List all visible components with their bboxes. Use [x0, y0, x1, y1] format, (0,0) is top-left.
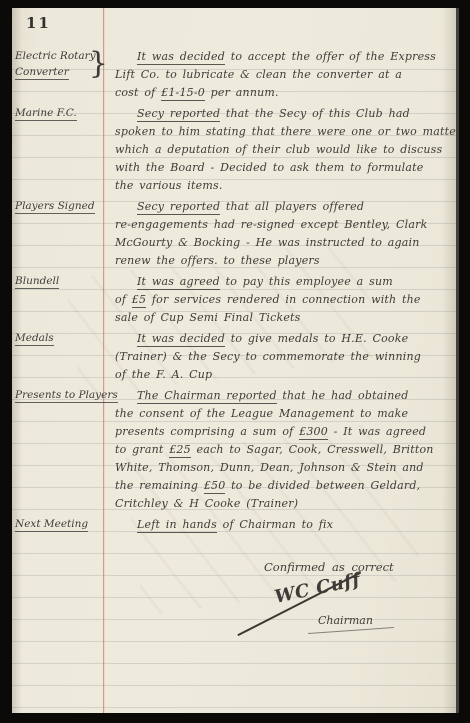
minute-entry: BlundellIt was agreed to pay this employ…: [12, 273, 455, 327]
minute-text: the consent of the League Management to …: [115, 407, 408, 420]
minute-text: the remaining: [115, 479, 204, 492]
underlined-phrase: It was decided: [137, 332, 225, 347]
minute-line: spoken to him stating that there were on…: [115, 123, 459, 141]
minute-line: White, Thomson, Dunn, Dean, Johnson & St…: [115, 459, 455, 477]
minute-line: It was agreed to pay this employee a sum: [115, 273, 455, 291]
minute-text: that he had obtained: [277, 389, 409, 402]
minute-line: McGourty & Bocking - He was instructed t…: [115, 234, 455, 252]
minute-line: Secy reported that all players offered: [115, 198, 455, 216]
chairman-signature: WC Cuff: [273, 569, 363, 608]
margin-heading-text: Presents to Players: [15, 389, 118, 403]
minute-line: presents comprising a sum of £300 - It w…: [115, 423, 455, 441]
margin-heading-text: Players Signed: [15, 200, 95, 214]
page-edge: [456, 8, 459, 713]
minute-text: per annum.: [205, 86, 279, 99]
margin-heading-line: Next Meeting: [15, 516, 103, 532]
minute-text: which a deputation of their club would l…: [115, 143, 442, 156]
margin-heading-line: Marine F.C.: [15, 105, 103, 121]
minute-text: the various items.: [115, 179, 223, 192]
minute-line: the various items.: [115, 177, 459, 195]
minute-body: Left in hands of Chairman to fix: [103, 516, 455, 534]
minute-line: (Trainer) & the Secy to commemorate the …: [115, 348, 455, 366]
margin-heading-text: Marine F.C.: [15, 107, 77, 121]
minute-text: presents comprising a sum of: [115, 425, 299, 438]
minute-text: to grant: [115, 443, 169, 456]
minute-line: the remaining £50 to be divided between …: [115, 477, 455, 495]
minute-line: Lift Co. to lubricate & clean the conver…: [115, 66, 455, 84]
minute-line: Secy reported that the Secy of this Club…: [115, 105, 459, 123]
minute-body: It was agreed to pay this employee a sum…: [103, 273, 455, 327]
minute-line: which a deputation of their club would l…: [115, 141, 459, 159]
margin-heading: Electric RotaryConverter}: [12, 48, 103, 102]
minute-text: of Chairman to fix: [217, 518, 333, 531]
minute-text: with the Board - Decided to ask them to …: [115, 161, 423, 174]
minute-line: to grant £25 each to Sagar, Cook, Cressw…: [115, 441, 455, 459]
minute-text: White, Thomson, Dunn, Dean, Johnson & St…: [115, 461, 424, 474]
folio-number: 11: [26, 14, 51, 32]
minute-entry: Next MeetingLeft in hands of Chairman to…: [12, 516, 455, 534]
minute-text: that all players offered: [220, 200, 364, 213]
margin-heading-text: Converter: [15, 66, 69, 80]
underlined-phrase: It was agreed: [137, 275, 220, 290]
minute-text: renew the offers. to these players: [115, 254, 320, 267]
minute-text: cost of: [115, 86, 161, 99]
minute-line: It was decided to give medals to H.E. Co…: [115, 330, 455, 348]
confirmed-as-correct-text: Confirmed as correct: [264, 560, 394, 574]
underlined-phrase: £300: [299, 425, 328, 440]
minute-line: The Chairman reported that he had obtain…: [115, 387, 455, 405]
minute-entry: Marine F.C.Secy reported that the Secy o…: [12, 105, 455, 195]
margin-heading-text: Blundell: [15, 275, 59, 289]
minute-text: for services rendered in connection with…: [146, 293, 420, 306]
margin-heading: Medals: [12, 330, 103, 384]
minute-line: renew the offers. to these players: [115, 252, 455, 270]
margin-heading-text: Next Meeting: [15, 518, 88, 532]
minute-body: Secy reported that the Secy of this Club…: [103, 105, 459, 195]
minute-text: re-engagements had re-signed except Bent…: [115, 218, 427, 231]
minute-line: sale of Cup Semi Final Tickets: [115, 309, 455, 327]
minute-line: with the Board - Decided to ask them to …: [115, 159, 459, 177]
minute-text: Lift Co. to lubricate & clean the conver…: [115, 68, 402, 81]
minute-text: Critchley & H Cooke (Trainer): [115, 497, 298, 510]
margin-heading: Presents to Players: [12, 387, 103, 513]
minute-text: of the F. A. Cup: [115, 368, 212, 381]
underlined-phrase: £50: [204, 479, 226, 494]
minute-line: Left in hands of Chairman to fix: [115, 516, 455, 534]
margin-heading-text: Medals: [15, 332, 54, 346]
minute-body: Secy reported that all players offeredre…: [103, 198, 455, 270]
minute-text: to give medals to H.E. Cooke: [225, 332, 408, 345]
minute-body: The Chairman reported that he had obtain…: [103, 387, 455, 513]
minute-line: of the F. A. Cup: [115, 366, 455, 384]
scanned-minutes-page: { "page": { "number": "11", "sections": …: [0, 0, 470, 723]
minute-entry: Presents to PlayersThe Chairman reported…: [12, 387, 455, 513]
minute-line: the consent of the League Management to …: [115, 405, 455, 423]
underlined-phrase: Left in hands: [137, 518, 217, 533]
minute-text: each to Sagar, Cook, Cresswell, Britton: [191, 443, 434, 456]
underlined-phrase: Secy reported: [137, 107, 220, 122]
minute-line: Critchley & H Cooke (Trainer): [115, 495, 455, 513]
margin-heading: Blundell: [12, 273, 103, 327]
minute-text: to pay this employee a sum: [220, 275, 393, 288]
minute-line: re-engagements had re-signed except Bent…: [115, 216, 455, 234]
margin-heading-line: Medals: [15, 330, 103, 346]
margin-heading: Next Meeting: [12, 516, 103, 534]
minute-text: (Trainer) & the Secy to commemorate the …: [115, 350, 421, 363]
margin-heading: Players Signed: [12, 198, 103, 270]
minute-text: of: [115, 293, 132, 306]
minute-text: to accept the offer of the Express: [225, 50, 436, 63]
chairman-role-text: Chairman: [318, 614, 373, 627]
minute-line: cost of £1-15-0 per annum.: [115, 84, 455, 102]
minute-body: It was decided to give medals to H.E. Co…: [103, 330, 455, 384]
margin-heading-line: Blundell: [15, 273, 103, 289]
margin-heading-text: Electric Rotary: [15, 50, 96, 62]
closing-block: Confirmed as correct WC Cuff Chairman: [12, 548, 459, 668]
minute-entry: Players SignedSecy reported that all pla…: [12, 198, 455, 270]
minute-text: sale of Cup Semi Final Tickets: [115, 311, 301, 324]
chairman-role-underline: [308, 627, 394, 634]
underlined-phrase: Secy reported: [137, 200, 220, 215]
minute-body: It was decided to accept the offer of th…: [103, 48, 455, 102]
minute-text: that the Secy of this Club had: [220, 107, 410, 120]
underlined-phrase: £1-15-0: [161, 86, 205, 101]
minute-text: McGourty & Bocking - He was instructed t…: [115, 236, 420, 249]
minute-entry: Electric RotaryConverter}It was decided …: [12, 48, 455, 102]
minute-text: - It was agreed: [328, 425, 426, 438]
minute-line: of £5 for services rendered in connectio…: [115, 291, 455, 309]
minute-book-page: 11 Electric RotaryConverter}It was decid…: [12, 8, 459, 713]
underlined-phrase: The Chairman reported: [137, 389, 277, 404]
margin-heading: Marine F.C.: [12, 105, 103, 195]
minute-line: It was decided to accept the offer of th…: [115, 48, 455, 66]
minutes-sections: Electric RotaryConverter}It was decided …: [12, 48, 455, 537]
minute-entry: MedalsIt was decided to give medals to H…: [12, 330, 455, 384]
underlined-phrase: It was decided: [137, 50, 225, 65]
underlined-phrase: £25: [169, 443, 191, 458]
minute-text: to be divided between Geldard,: [225, 479, 420, 492]
margin-heading-line: Presents to Players: [15, 387, 103, 403]
underlined-phrase: £5: [132, 293, 146, 308]
minute-text: spoken to him stating that there were on…: [115, 125, 459, 138]
heading-brace: }: [89, 48, 108, 80]
margin-heading-line: Players Signed: [15, 198, 103, 214]
right-edge-shadow: [442, 8, 456, 713]
